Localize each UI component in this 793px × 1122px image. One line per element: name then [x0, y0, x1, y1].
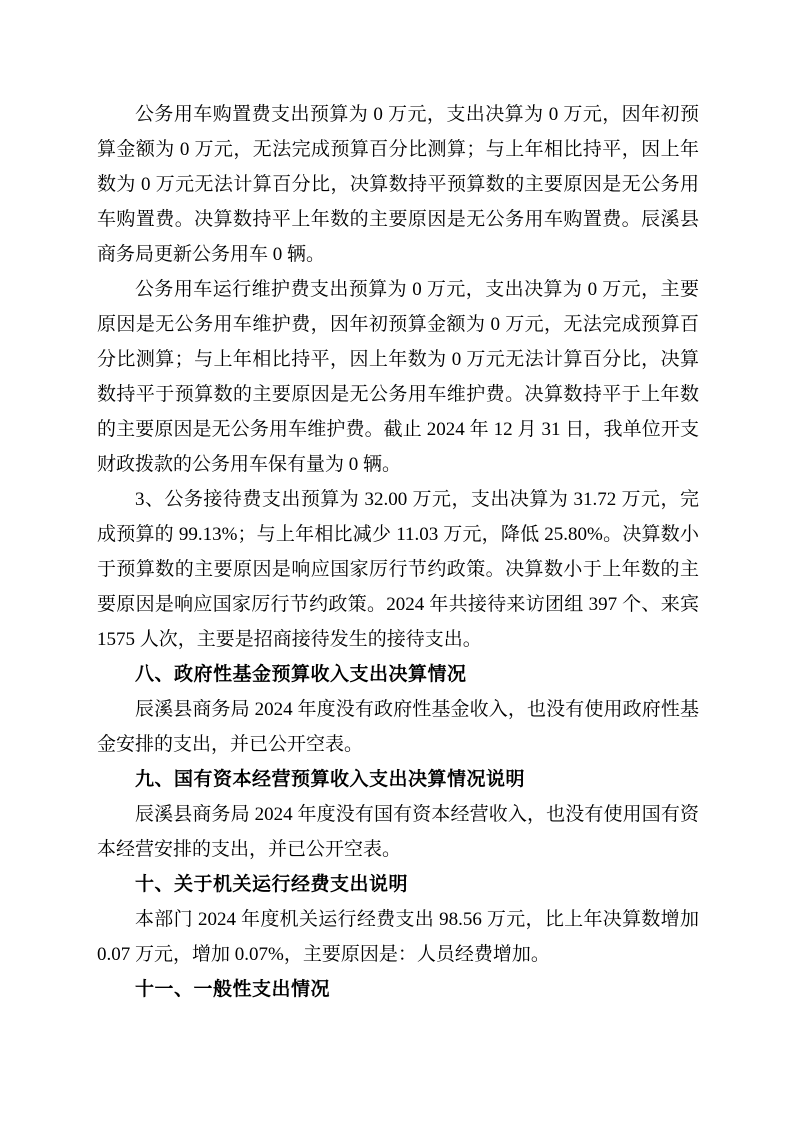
- heading-section-11-general-expenditure: 十一、一般性支出情况: [97, 972, 699, 1007]
- heading-section-8-government-fund-budget: 八、政府性基金预算收入支出决算情况: [97, 657, 699, 692]
- heading-section-10-agency-operating-expense: 十、关于机关运行经费支出说明: [97, 867, 699, 902]
- paragraph-agency-operating-expense: 本部门 2024 年度机关运行经费支出 98.56 万元，比上年决算数增加 0.…: [97, 902, 699, 972]
- heading-section-9-state-capital-budget: 九、国有资本经营预算收入支出决算情况说明: [97, 762, 699, 797]
- paragraph-official-reception-expense: 3、公务接待费支出预算为 32.00 万元，支出决算为 31.72 万元，完成预…: [97, 482, 699, 657]
- paragraph-state-capital-statement: 辰溪县商务局 2024 年度没有国有资本经营收入，也没有使用国有资本经营安排的支…: [97, 797, 699, 867]
- paragraph-government-fund-statement: 辰溪县商务局 2024 年度没有政府性基金收入，也没有使用政府性基金安排的支出，…: [97, 692, 699, 762]
- document-content: 公务用车购置费支出预算为 0 万元，支出决算为 0 万元，因年初预算金额为 0 …: [97, 97, 699, 1007]
- paragraph-official-vehicle-maintenance: 公务用车运行维护费支出预算为 0 万元，支出决算为 0 万元，主要原因是无公务用…: [97, 272, 699, 482]
- paragraph-official-vehicle-purchase: 公务用车购置费支出预算为 0 万元，支出决算为 0 万元，因年初预算金额为 0 …: [97, 97, 699, 272]
- document-page: 公务用车购置费支出预算为 0 万元，支出决算为 0 万元，因年初预算金额为 0 …: [0, 0, 793, 1122]
